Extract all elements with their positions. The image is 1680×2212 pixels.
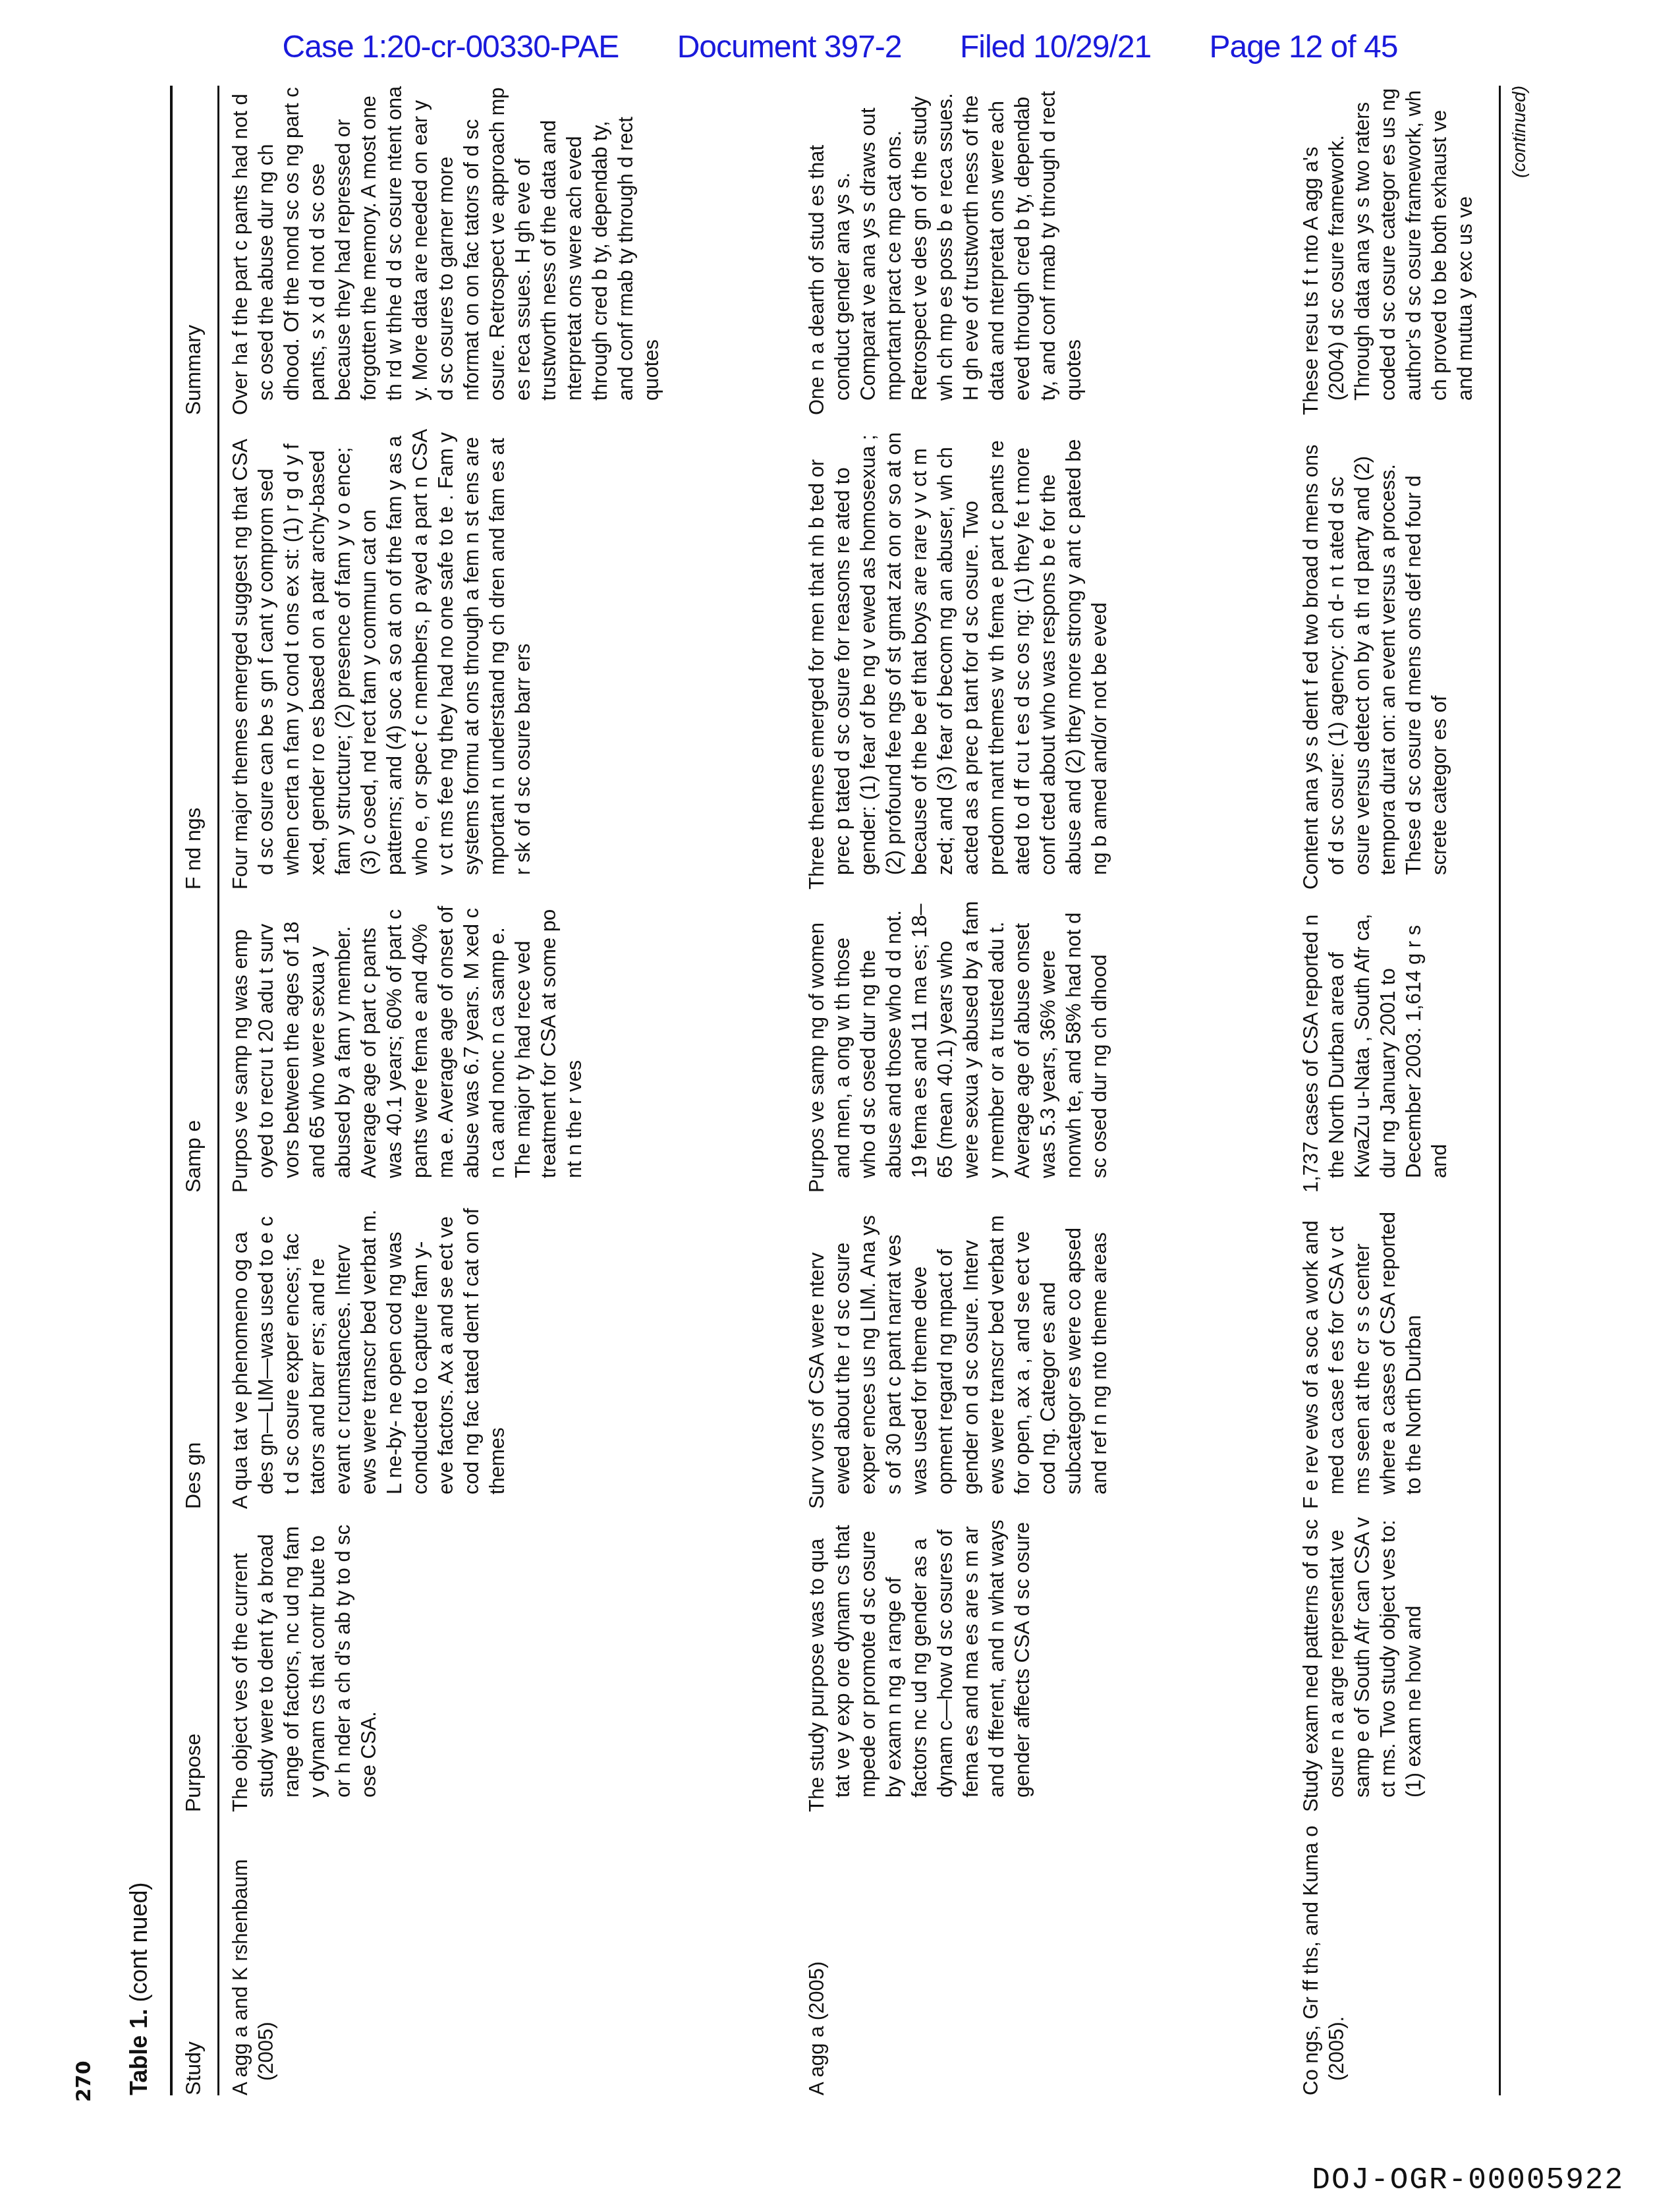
cell-study: A agg a and K rshenbaum (2005): [227, 1812, 279, 2095]
cell-sample: 1,737 cases of CSA reported n the North …: [1298, 896, 1452, 1193]
cell-findings: Content ana ys s dent f ed two broad d m…: [1298, 428, 1452, 890]
cell-design: Surv vors of CSA were nterv ewed about t…: [804, 1206, 1112, 1509]
cell-design: A qua tat ve phenomeno og ca des gn—LIM—…: [227, 1206, 510, 1509]
cell-purpose: Study exam ned patterns of d sc osure n …: [1298, 1516, 1426, 1812]
header-study: Study: [181, 1812, 206, 2095]
page-number: 270: [72, 2060, 96, 2102]
cell-findings: Four major themes emerged suggest ng tha…: [227, 428, 536, 890]
cell-summary: These resu ts f t nto A agg a's (2004) d…: [1298, 86, 1478, 415]
cell-study: A agg a (2005): [804, 1812, 829, 2095]
header-findings: F nd ngs: [181, 428, 206, 890]
table-header: Study Purpose Des gn Samp e F nd ngs Sum…: [181, 86, 227, 2095]
cell-summary: Over ha f the part c pants had not d sc …: [227, 86, 664, 415]
cell-purpose: The study purpose was to qua tat ve y ex…: [804, 1516, 1035, 1812]
cell-study: Co ngs, Gr ff ths, and Kuma o (2005).: [1298, 1812, 1349, 2095]
cell-sample: Purpos ve samp ng of women and men, a on…: [804, 896, 1112, 1193]
filed-date: Filed 10/29/21: [960, 30, 1151, 65]
cell-summary: One n a dearth of stud es that conduct g…: [804, 86, 1086, 415]
cell-purpose: The object ves of the current study were…: [227, 1516, 381, 1812]
page-count: Page 12 of 45: [1209, 30, 1397, 65]
document-number: Document 397-2: [677, 30, 902, 65]
table-title-label: Table 1.: [125, 2009, 152, 2095]
bates-number: DOJ-OGR-00005922: [1312, 2163, 1624, 2198]
continued-label: (continued): [1509, 86, 1530, 178]
header-purpose: Purpose: [181, 1516, 206, 1812]
header-summary: Summary: [181, 86, 206, 415]
cell-design: F e rev ews of a soc a work and med ca c…: [1298, 1206, 1426, 1509]
case-number: Case 1:20-cr-00330-PAE: [283, 30, 619, 65]
table-header-rule: [217, 86, 219, 2095]
court-filing-stamp: Case 1:20-cr-00330-PAE Document 397-2 Fi…: [0, 29, 1680, 65]
header-design: Des gn: [181, 1206, 206, 1509]
table-top-rule: [170, 86, 173, 2095]
table-bottom-rule: [1499, 86, 1501, 2095]
cell-findings: Three themes emerged for men that nh b t…: [804, 428, 1112, 890]
cell-sample: Purpos ve samp ng was emp oyed to recru …: [227, 896, 587, 1193]
header-sample: Samp e: [181, 896, 206, 1193]
rotated-table-page: 270 Table 1. (cont nued) Study Purpose D…: [119, 86, 1535, 2095]
table-title: Table 1. (cont nued): [125, 1882, 153, 2095]
table-title-continued: (cont nued): [125, 1882, 152, 2002]
